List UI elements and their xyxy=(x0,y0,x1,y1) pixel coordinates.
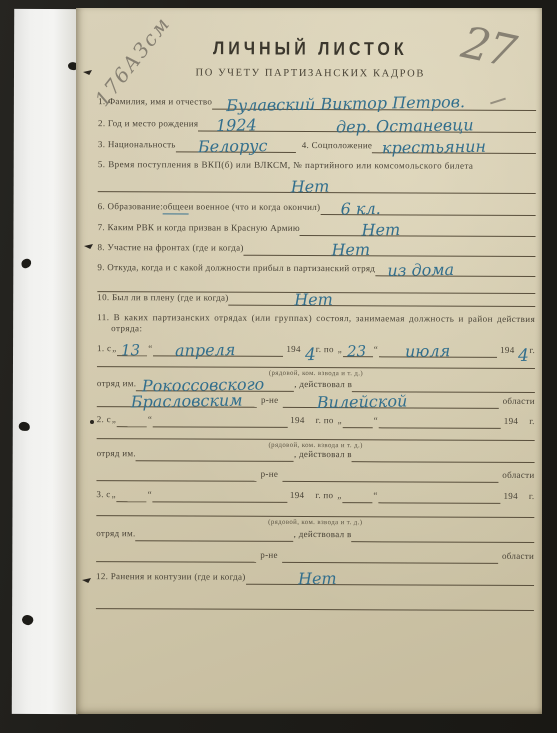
field-12-extra-line-row xyxy=(96,594,534,611)
entry-1-to-day-line: 23 xyxy=(343,342,373,357)
entry-3-from-month-line xyxy=(153,487,287,503)
entry-3-district-line xyxy=(96,547,256,563)
field-5-line: Нет xyxy=(98,177,536,194)
entry-2-to-day-line xyxy=(343,413,373,428)
field-6-row: 6. Образование: общее и военное (что и к… xyxy=(98,199,536,216)
field-9-value: из дома xyxy=(387,263,454,278)
entry-2-to-year-line xyxy=(521,414,529,429)
entry-3-index: 3. с xyxy=(96,487,110,502)
personnel-form-page: 27 176АЗсм ЛИЧНЫЙ ЛИСТОК ПО УЧЕТУ ПАРТИЗ… xyxy=(76,8,542,714)
region-label: области xyxy=(498,549,534,564)
field-9-row: 9. Откуда, когда и с какой должности при… xyxy=(97,260,535,277)
field-3-line: Белорус xyxy=(176,137,296,153)
punch-hole xyxy=(19,422,30,431)
entry-1-from-year-line: 4 xyxy=(304,342,316,357)
entry-2-otryad-line xyxy=(136,446,294,462)
entry-1-from-day-line: 13 xyxy=(117,341,147,356)
entry-2-region-line xyxy=(282,467,498,483)
entry-2-to-month-line xyxy=(379,413,501,429)
entry-1-from-month: апреля xyxy=(175,343,236,358)
field-2-place: дер. Останевци xyxy=(336,118,474,134)
entry-1-acted-line xyxy=(352,377,535,393)
entry-1-from-day: 13 xyxy=(121,343,140,357)
field-6-label-pre: 6. Образование: xyxy=(98,199,163,214)
field-10-value: Нет xyxy=(294,293,333,308)
field-2-row: 2. Год и место рождения 1924 дер. Остане… xyxy=(98,116,536,133)
entry-1-to-day: 23 xyxy=(347,344,366,358)
district-label: р-не xyxy=(257,393,283,408)
entry-2-acted-line xyxy=(352,447,535,463)
field-12-value: Нет xyxy=(297,572,336,587)
punch-hole xyxy=(20,258,32,269)
entry-2-from-year-line xyxy=(308,413,316,428)
field-2-label: 2. Год и место рождения xyxy=(98,116,198,131)
field-7-row: 7. Каким РВК и когда призван в Красную А… xyxy=(98,220,536,237)
year-prefix: 194 xyxy=(287,488,307,503)
entry-1-to-year: 4 xyxy=(518,349,529,363)
entry-2-index: 2. с xyxy=(97,412,111,427)
field-12-label: 12. Ранения и контузии (где и когда) xyxy=(96,569,246,585)
punch-hole xyxy=(20,613,35,627)
entry-2-from-day-line xyxy=(117,412,147,427)
entry-1-to-year-line: 4 xyxy=(517,343,529,358)
year-prefix: 194 xyxy=(283,342,303,357)
entry-1-district: Брасловским xyxy=(131,394,243,410)
field-12-extra-line xyxy=(96,594,534,611)
entry-3-from-day-line xyxy=(117,487,147,502)
field-3-label: 3. Национальность xyxy=(98,137,176,152)
district-label: р-не xyxy=(256,548,282,563)
field-6-label-underlined: общее xyxy=(163,199,189,214)
po-label: г. по xyxy=(316,342,337,357)
field-5-value-row: Нет xyxy=(98,177,536,194)
field-5-value: Нет xyxy=(290,180,329,195)
field-8-value: Нет xyxy=(332,243,371,258)
field-2-year: 1924 xyxy=(216,118,257,133)
field-7-label: 7. Каким РВК и когда призван в Красную А… xyxy=(98,220,300,236)
entry-1-index: 1. с xyxy=(97,341,111,356)
entry-1-from-year: 4 xyxy=(305,348,316,362)
otryad-label: отряд им. xyxy=(96,526,135,541)
otryad-label: отряд им. xyxy=(97,376,136,391)
entry-3-district-row: р-не области xyxy=(96,547,534,564)
region-label: области xyxy=(498,468,534,483)
entry-1-district-row: Брасловским р-не Вилейской области xyxy=(97,392,535,409)
field-1-value: Булавский Виктор Петров. xyxy=(226,95,465,113)
entry-1-to-month-line: июля xyxy=(379,342,497,358)
field-2-place-line: дер. Останевци xyxy=(308,117,536,133)
entry-1-region-line: Вилейской xyxy=(282,393,498,409)
field-3-4-row: 3. Национальность Белорус 4. Соцположени… xyxy=(98,137,536,154)
field-6-label-post: и военное (что и когда окончил) xyxy=(188,199,320,215)
entry-1-region: Вилейской xyxy=(316,394,407,409)
entry-2-date-row: 2. с „ “ 194 г. по „ “ 194 г. xyxy=(97,412,535,429)
field-8-line: Нет xyxy=(244,241,536,257)
entry-2-from-month-line xyxy=(153,412,287,428)
entry-3-otryad-line xyxy=(136,526,294,542)
acted-label: , действовал в xyxy=(294,527,352,542)
field-2-year-line: 1924 xyxy=(198,117,308,132)
entry-3-region-line xyxy=(282,548,498,564)
field-6-line: 6 кл. xyxy=(320,200,535,216)
entry-1-date-row: 1. с „ 13 “ апреля 194 4 г. по „ 23 “ ию… xyxy=(97,341,535,358)
field-12-row: 12. Ранения и контузии (где и когда) Нет xyxy=(96,569,534,586)
underlying-page-edge xyxy=(12,9,80,714)
entry-3-to-year-line xyxy=(521,489,529,504)
entry-3-acted-line xyxy=(351,527,534,543)
year-suffix: г. xyxy=(529,414,535,429)
entry-1-otryad-row: отряд им. Рокоссовского , действовал в xyxy=(97,376,535,393)
field-4-line: крестьянин xyxy=(372,138,536,154)
entry-3-from-year-line xyxy=(307,488,315,503)
year-prefix: 194 xyxy=(497,343,517,358)
entry-1-otryad-line: Рокоссовского xyxy=(136,376,294,392)
field-10-line: Нет xyxy=(229,291,536,307)
entry-2-district-row: р-не области xyxy=(96,466,534,483)
entry-1-to-month: июля xyxy=(405,344,450,359)
field-1-line: Булавский Виктор Петров. xyxy=(212,95,536,111)
form-title: ЛИЧНЫЙ ЛИСТОК xyxy=(77,39,543,62)
entry-3-otryad-row: отряд им. , действовал в xyxy=(96,526,534,543)
entry-2-district-line xyxy=(96,466,256,482)
field-8-row: 8. Участие на фронтах (где и когда) Нет xyxy=(97,240,535,257)
field-5-label: 5. Время поступления в ВКП(б) или ВЛКСМ,… xyxy=(98,159,536,171)
field-7-line: Нет xyxy=(300,221,536,237)
year-suffix: г. xyxy=(529,489,535,504)
entry-3-to-day-line xyxy=(342,488,372,503)
field-6-value: 6 кл. xyxy=(340,202,380,217)
scanned-document-photo: 27 176АЗсм ЛИЧНЫЙ ЛИСТОК ПО УЧЕТУ ПАРТИЗ… xyxy=(0,0,557,733)
entry-3-to-month-line xyxy=(378,488,500,504)
field-1-label: 1. Фамилия, имя и отчество xyxy=(98,94,212,109)
year-prefix: 194 xyxy=(501,414,521,429)
field-4-value: крестьянин xyxy=(382,140,486,156)
field-9-line: из дома xyxy=(375,261,535,277)
entry-1-district-line: Брасловским xyxy=(97,392,257,408)
field-7-value: Нет xyxy=(362,223,401,238)
entry-2-otryad-row: отряд им. , действовал в xyxy=(97,446,535,463)
field-10-row: 10. Был ли в плену (где и когда) Нет xyxy=(97,290,535,307)
field-9-label: 9. Откуда, когда и с какой должности при… xyxy=(97,260,375,276)
field-1-row: 1. Фамилия, имя и отчество Булавский Вик… xyxy=(98,94,536,111)
field-3-value: Белорус xyxy=(198,139,268,154)
district-label: р-не xyxy=(257,467,283,482)
year-prefix: 194 xyxy=(287,413,307,428)
year-suffix: г. xyxy=(529,343,535,358)
acted-label: , действовал в xyxy=(294,377,352,392)
field-8-label: 8. Участие на фронтах (где и когда) xyxy=(97,240,243,256)
entry-1-from-month-line: апреля xyxy=(153,341,283,357)
year-prefix: 194 xyxy=(500,489,520,504)
po-label: г. по xyxy=(315,488,336,503)
field-11-label: 11. В каких партизанских отрядах (или гр… xyxy=(97,312,535,335)
otryad-label: отряд им. xyxy=(97,446,136,461)
region-label: области xyxy=(499,394,535,409)
field-10-label: 10. Был ли в плену (где и когда) xyxy=(97,290,228,306)
entry-3-date-row: 3. с „ “ 194 г. по „ “ 194 г. xyxy=(96,487,534,504)
field-12-line: Нет xyxy=(246,570,535,586)
acted-label: , действовал в xyxy=(294,447,352,462)
field-4-label: 4. Соцположение xyxy=(296,138,373,153)
form-subtitle: ПО УЧЕТУ ПАРТИЗАНСКИХ КАДРОВ xyxy=(77,67,543,80)
po-label: г. по xyxy=(316,413,337,428)
